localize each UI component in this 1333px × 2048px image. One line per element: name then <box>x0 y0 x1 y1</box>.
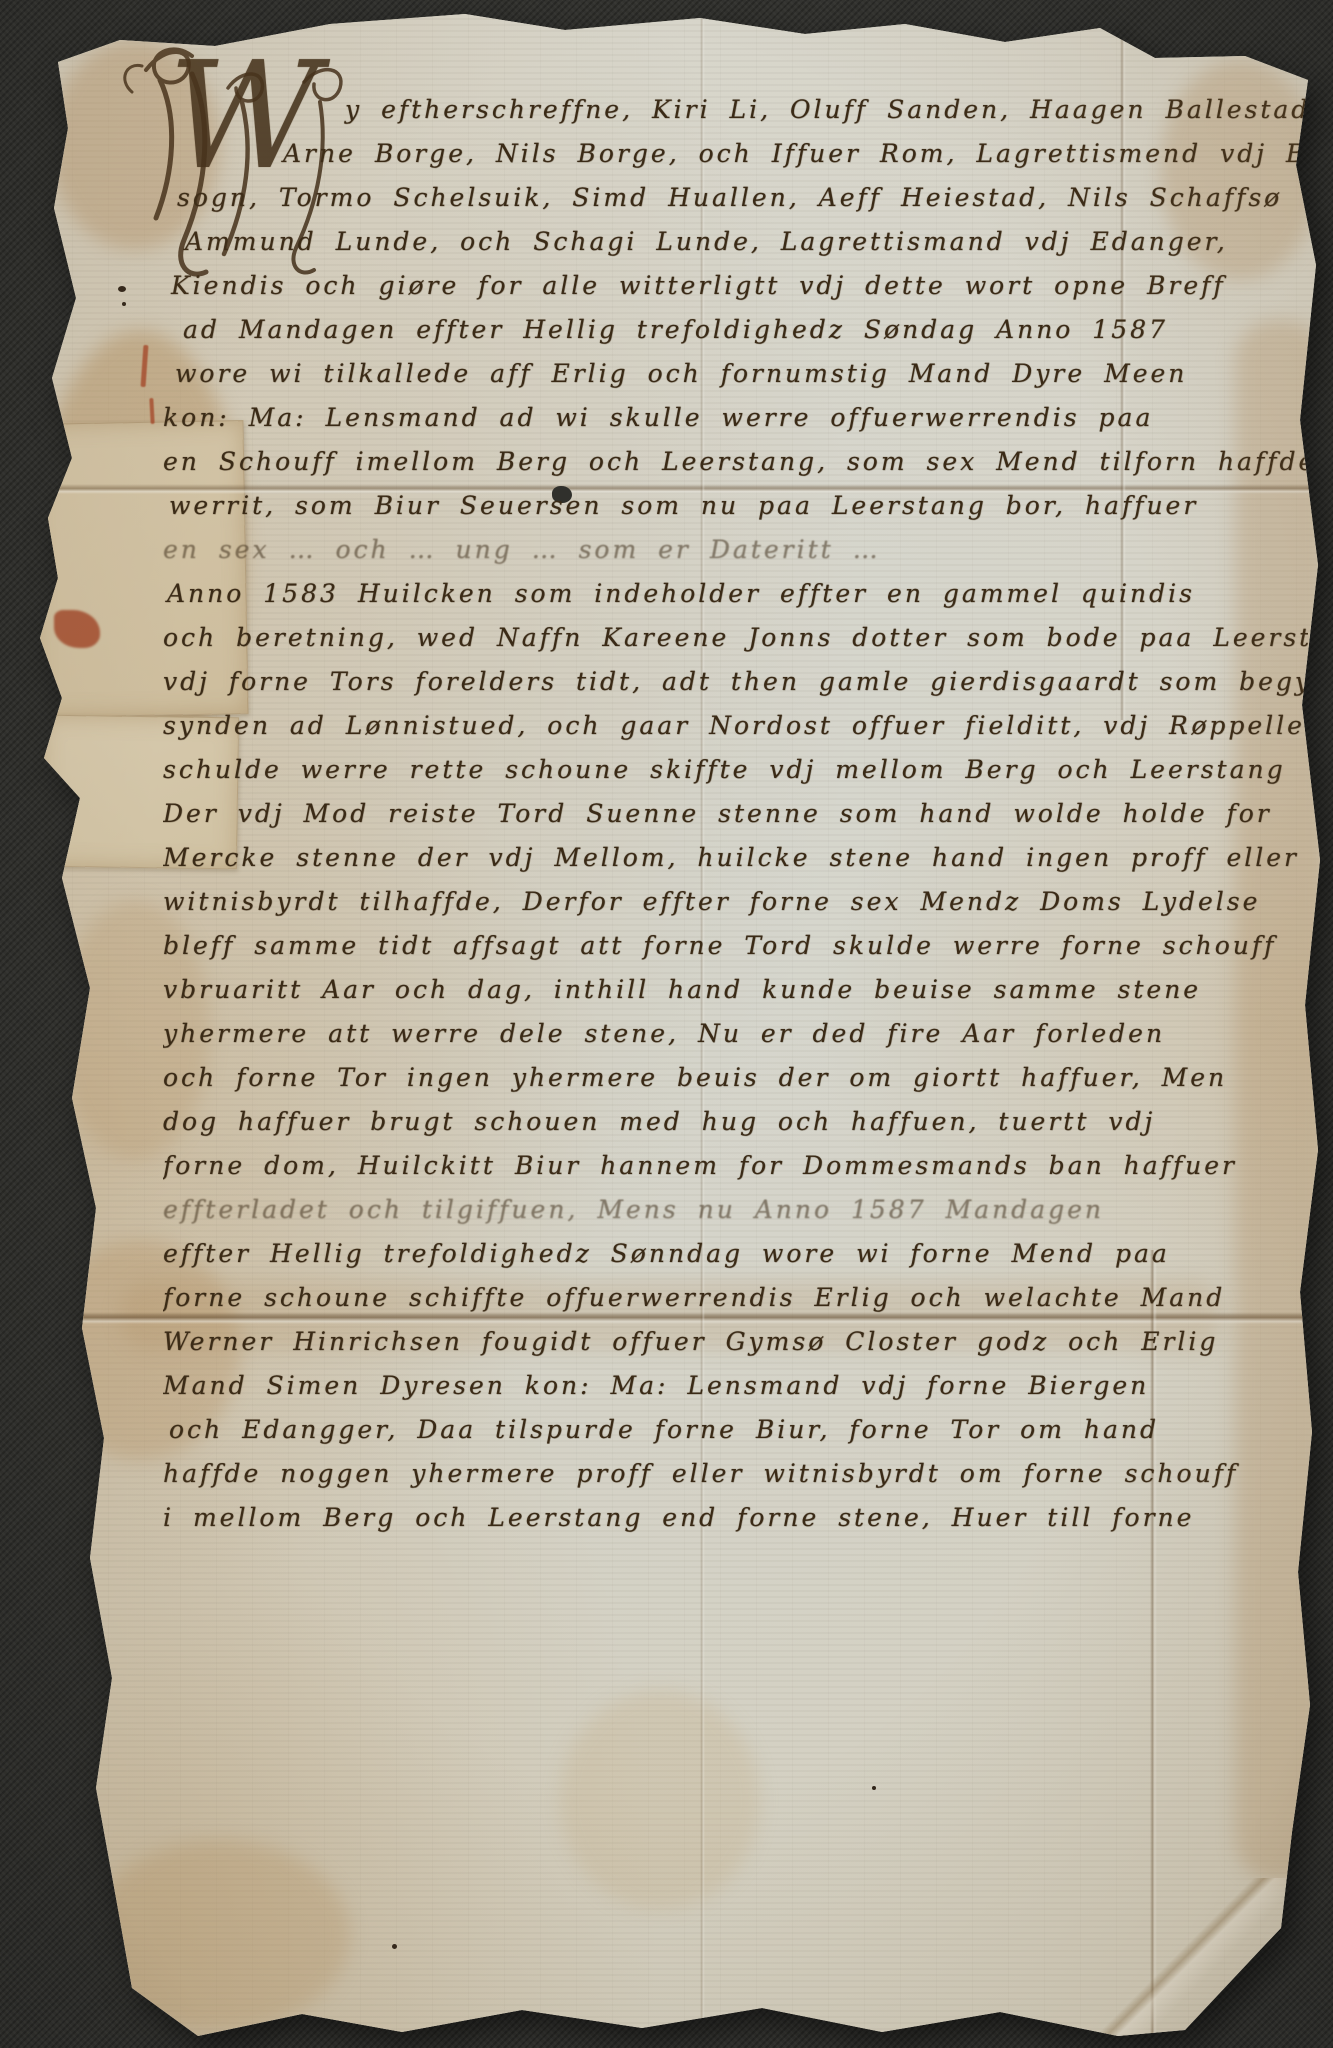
manuscript-line: Arne Borge, Nils Borge, och Iffuer Rom, … <box>163 132 1308 176</box>
manuscript-line: en sex … och … ung … som er Dateritt … <box>163 528 1308 572</box>
seal-fragment-red <box>54 610 100 648</box>
stain-top-left-edge <box>50 40 220 250</box>
manuscript-line: Anno 1583 Huilcken som indeholder effter… <box>163 572 1308 616</box>
stain-bottom-left-corner <box>90 1840 350 2030</box>
ornate-initial-w: W <box>108 22 388 292</box>
manuscript-line: effter Hellig trefoldighedz Sønndag wore… <box>163 1232 1308 1276</box>
stain-left-large <box>35 330 245 770</box>
manuscript-line: vbruaritt Aar och dag, inthill hand kund… <box>163 968 1308 1012</box>
manuscript-line: Ammund Lunde, och Schagi Lunde, Lagretti… <box>163 220 1308 264</box>
manuscript-line: kon: Ma: Lensmand ad wi skulle werre off… <box>163 396 1308 440</box>
fold-crease-vertical-right-upper <box>1120 20 1126 720</box>
fold-crease-vertical-center <box>700 0 705 2048</box>
ink-squiggle-left-margin <box>53 1207 101 1273</box>
repair-patch-upper <box>29 420 248 718</box>
manuscript-line: witnisbyrdt tilhaffde, Derfor effter for… <box>163 880 1308 924</box>
stain-right-edge-strip <box>1235 320 1325 1880</box>
manuscript-line: forne schoune schiffte offuerwerrendis E… <box>163 1276 1308 1320</box>
fold-crease-horizontal-upper <box>0 484 1333 494</box>
manuscript-line: schulde werre rette schoune skiffte vdj … <box>163 748 1308 792</box>
initial-letter-glyph: W <box>168 30 320 202</box>
manuscript-line: effterladet och tilgiffuen, Mens nu Anno… <box>163 1188 1308 1232</box>
manuscript-line: Der vdj Mod reiste Tord Suenne stenne so… <box>163 792 1308 836</box>
red-ink-mark <box>149 398 154 424</box>
stain-top-right-corner <box>1160 60 1320 280</box>
manuscript-line: werrit, som Biur Seuersen som nu paa Lee… <box>163 484 1308 528</box>
paper-hole <box>552 486 572 503</box>
stain-left-mid <box>60 900 210 1160</box>
stain-left-lower <box>40 1240 240 1460</box>
fold-crease-vertical-right-lower <box>1150 1250 1157 2040</box>
photo-backdrop-fabric: W y eftherschreffne, Kiri Li, Oluff <box>0 0 1333 2048</box>
manuscript-line: wore wi tilkallede aff Erlig och fornums… <box>163 352 1308 396</box>
fold-crease-horizontal-lower <box>0 1312 1333 1324</box>
manuscript-line: forne dom, Huilckitt Biur hannem for Dom… <box>163 1144 1308 1188</box>
manuscript-line: i mellom Berg och Leerstang end forne st… <box>163 1496 1308 1540</box>
initial-flourish-strokes <box>108 22 388 292</box>
red-ink-mark <box>141 345 149 387</box>
ink-speck <box>872 1786 876 1790</box>
ink-speck <box>26 1046 32 1052</box>
manuscript-sheet-wrap: W y eftherschreffne, Kiri Li, Oluff <box>0 0 1333 2048</box>
manuscript-line: Kiendis och giøre for alle witterligtt v… <box>163 264 1308 308</box>
manuscript-line: ad Mandagen effter Hellig trefoldighedz … <box>163 308 1308 352</box>
folded-corner-bottom-right <box>1083 1878 1293 2038</box>
manuscript-line: dog haffuer brugt schouen med hug och ha… <box>163 1100 1308 1144</box>
manuscript-line: Mercke stenne der vdj Mellom, huilcke st… <box>163 836 1308 880</box>
manuscript-line: Mand Simen Dyresen kon: Ma: Lensmand vdj… <box>163 1364 1308 1408</box>
manuscript-line: yhermere att werre dele stene, Nu er ded… <box>163 1012 1308 1056</box>
manuscript-line: y eftherschreffne, Kiri Li, Oluff Sanden… <box>163 88 1308 132</box>
ink-speck <box>29 1060 33 1065</box>
stain-center-bottom-faint <box>560 1690 760 1910</box>
ink-speck <box>118 286 126 292</box>
stain-crease-band <box>120 1280 1220 1350</box>
manuscript-line: synden ad Lønnistued, och gaar Nordost o… <box>163 704 1308 748</box>
manuscript-line: vdj forne Tors forelders tidt, adt then … <box>163 660 1308 704</box>
manuscript-line: och Edangger, Daa tilspurde forne Biur, … <box>163 1408 1308 1452</box>
manuscript-line: bleff samme tidt affsagt att forne Tord … <box>163 924 1308 968</box>
ink-speck <box>392 1944 397 1949</box>
manuscript-sheet: W y eftherschreffne, Kiri Li, Oluff <box>0 0 1333 2048</box>
manuscript-line: Werner Hinrichsen fougidt offuer Gymsø C… <box>163 1320 1308 1364</box>
manuscript-line: en Schouff imellom Berg och Leerstang, s… <box>163 440 1308 484</box>
manuscript-line: och forne Tor ingen yhermere beuis der o… <box>163 1056 1308 1100</box>
manuscript-line: och beretning, wed Naffn Kareene Jonns d… <box>163 616 1308 660</box>
manuscript-line: sogn, Tormo Schelsuik, Simd Huallen, Aef… <box>163 176 1308 220</box>
repair-patch-lower <box>39 715 239 870</box>
manuscript-line: haffde noggen yhermere proff eller witni… <box>163 1452 1308 1496</box>
ink-speck <box>122 302 126 306</box>
manuscript-text-block: y eftherschreffne, Kiri Li, Oluff Sanden… <box>163 88 1308 1540</box>
